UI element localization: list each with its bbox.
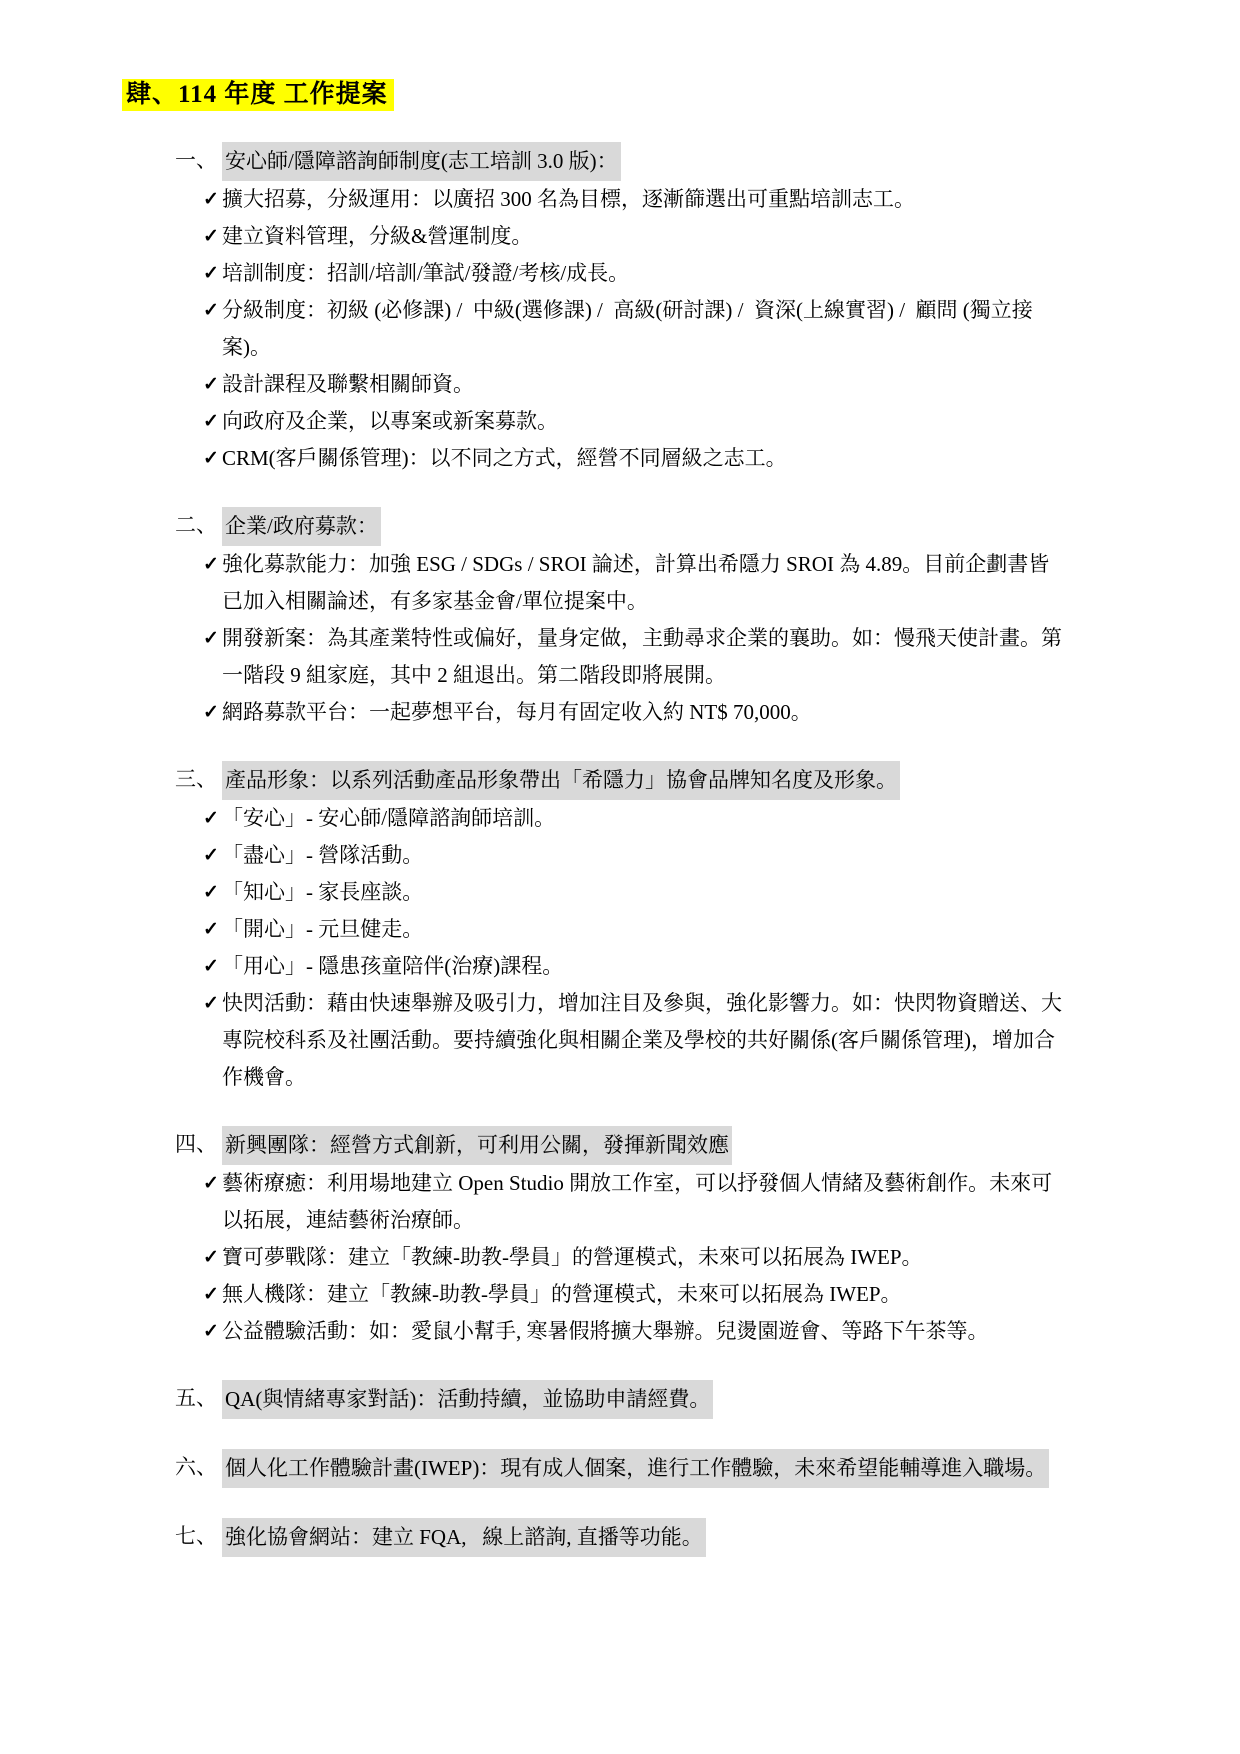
list-item-text: 網路募款平台：一起夢想平台，每月有固定收入約 NT$ 70,000。 <box>222 700 812 724</box>
section-4-header: 四、 新興團隊：經營方式創新，可利用公關，發揮新聞效應 <box>175 1126 1070 1165</box>
list-item: ✓CRM(客戶關係管理)：以不同之方式，經營不同層級之志工。 <box>175 440 1070 477</box>
checkmark-icon: ✓ <box>203 403 219 440</box>
section-title: 個人化工作體驗計畫(IWEP)：現有成人個案，進行工作體驗，未來希望能輔導進入職… <box>222 1449 1049 1488</box>
checkmark-icon: ✓ <box>203 985 219 1022</box>
list-item: ✓培訓制度：招訓/培訓/筆試/發證/考核/成長。 <box>175 255 1070 292</box>
list-item: ✓快閃活動：藉由快速舉辦及吸引力，增加注目及參與，強化影響力。如：快閃物資贈送、… <box>175 985 1070 1096</box>
list-item-text: 寶可夢戰隊：建立「教練-助教-學員」的營運模式，未來可以拓展為 IWEP。 <box>222 1245 923 1269</box>
checkmark-icon: ✓ <box>203 218 219 255</box>
checkmark-icon: ✓ <box>203 1313 219 1350</box>
checkmark-icon: ✓ <box>203 874 219 911</box>
checkmark-icon: ✓ <box>203 440 219 477</box>
section-5: 五、 QA(與情緒專家對話)：活動持續，並協助申請經費。 <box>175 1380 1070 1419</box>
list-item: ✓寶可夢戰隊：建立「教練-助教-學員」的營運模式，未來可以拓展為 IWEP。 <box>175 1239 1070 1276</box>
list-item: ✓無人機隊：建立「教練-助教-學員」的營運模式，未來可以拓展為 IWEP。 <box>175 1276 1070 1313</box>
checkmark-icon: ✓ <box>203 694 219 731</box>
section-title: QA(與情緒專家對話)：活動持續，並協助申請經費。 <box>222 1380 713 1419</box>
list-item: ✓設計課程及聯繫相關師資。 <box>175 366 1070 403</box>
list-item: ✓強化募款能力：加強 ESG / SDGs / SROI 論述，計算出希隱力 S… <box>175 546 1070 620</box>
checkmark-icon: ✓ <box>203 546 219 583</box>
list-item: ✓藝術療癒：利用場地建立 Open Studio 開放工作室，可以抒發個人情緒及… <box>175 1165 1070 1239</box>
section-title: 產品形象：以系列活動產品形象帶出「希隱力」協會品牌知名度及形象。 <box>222 761 900 800</box>
list-item-text: 建立資料管理，分級&營運制度。 <box>222 224 532 248</box>
list-item-text: 強化募款能力：加強 ESG / SDGs / SROI 論述，計算出希隱力 SR… <box>222 552 1049 613</box>
list-item-text: 培訓制度：招訓/培訓/筆試/發證/考核/成長。 <box>222 261 629 285</box>
section-7-header: 七、 強化協會網站：建立 FQA, 線上諮詢, 直播等功能。 <box>175 1518 1070 1557</box>
list-item: ✓公益體驗活動：如：愛鼠小幫手, 寒暑假將擴大舉辦。兒燙園遊會、等路下午茶等。 <box>175 1313 1070 1350</box>
list-item-text: 公益體驗活動：如：愛鼠小幫手, 寒暑假將擴大舉辦。兒燙園遊會、等路下午茶等。 <box>222 1319 989 1343</box>
section-3-header: 三、 產品形象：以系列活動產品形象帶出「希隱力」協會品牌知名度及形象。 <box>175 761 1070 800</box>
section-4: 四、 新興團隊：經營方式創新，可利用公關，發揮新聞效應 ✓藝術療癒：利用場地建立… <box>175 1126 1070 1350</box>
checkmark-icon: ✓ <box>203 1239 219 1276</box>
section-6: 六、 個人化工作體驗計畫(IWEP)：現有成人個案，進行工作體驗，未來希望能輔導… <box>175 1449 1070 1488</box>
checkmark-icon: ✓ <box>203 292 219 329</box>
section-number: 一、 <box>175 142 222 179</box>
checkmark-icon: ✓ <box>203 1276 219 1313</box>
section-1-items: ✓擴大招募，分級運用：以廣招 300 名為目標，逐漸篩選出可重點培訓志工。 ✓建… <box>175 181 1070 477</box>
list-item-text: 藝術療癒：利用場地建立 Open Studio 開放工作室，可以抒發個人情緒及藝… <box>222 1171 1052 1232</box>
section-title: 安心師/隱障諮詢師制度(志工培訓 3.0 版)： <box>222 142 621 181</box>
list-item: ✓開發新案：為其產業特性或偏好，量身定做，主動尋求企業的襄助。如：慢飛天使計畫。… <box>175 620 1070 694</box>
checkmark-icon: ✓ <box>203 800 219 837</box>
section-1-header: 一、 安心師/隱障諮詢師制度(志工培訓 3.0 版)： <box>175 142 1070 181</box>
checkmark-icon: ✓ <box>203 837 219 874</box>
list-item-text: 「用心」- 隱患孩童陪伴(治療)課程。 <box>222 954 563 978</box>
list-item-text: 快閃活動：藉由快速舉辦及吸引力，增加注目及參與，強化影響力。如：快閃物資贈送、大… <box>222 991 1062 1089</box>
checkmark-icon: ✓ <box>203 181 219 218</box>
section-number: 七、 <box>175 1518 222 1555</box>
document-page: 肆、114 年度 工作提案 一、 安心師/隱障諮詢師制度(志工培訓 3.0 版)… <box>0 0 1240 1754</box>
checkmark-icon: ✓ <box>203 366 219 403</box>
page-title: 肆、114 年度 工作提案 <box>122 78 1070 112</box>
section-3-items: ✓「安心」- 安心師/隱障諮詢師培訓。 ✓「盡心」- 營隊活動。 ✓「知心」- … <box>175 800 1070 1096</box>
section-4-items: ✓藝術療癒：利用場地建立 Open Studio 開放工作室，可以抒發個人情緒及… <box>175 1165 1070 1350</box>
list-item: ✓建立資料管理，分級&營運制度。 <box>175 218 1070 255</box>
list-item-text: 「盡心」- 營隊活動。 <box>222 843 423 867</box>
section-number: 五、 <box>175 1380 222 1417</box>
list-item: ✓分級制度：初級 (必修課) / 中級(選修課) / 高級(研討課) / 資深(… <box>175 292 1070 366</box>
list-item-text: 開發新案：為其產業特性或偏好，量身定做，主動尋求企業的襄助。如：慢飛天使計畫。第… <box>222 626 1062 687</box>
list-item-text: 「開心」- 元旦健走。 <box>222 917 423 941</box>
section-6-header: 六、 個人化工作體驗計畫(IWEP)：現有成人個案，進行工作體驗，未來希望能輔導… <box>175 1449 1070 1488</box>
list-item-text: 向政府及企業，以專案或新案募款。 <box>222 409 558 433</box>
list-item-text: CRM(客戶關係管理)：以不同之方式，經營不同層級之志工。 <box>222 446 787 470</box>
section-5-header: 五、 QA(與情緒專家對話)：活動持續，並協助申請經費。 <box>175 1380 1070 1419</box>
section-number: 三、 <box>175 761 222 798</box>
list-item-text: 「知心」- 家長座談。 <box>222 880 423 904</box>
checkmark-icon: ✓ <box>203 620 219 657</box>
list-item-text: 「安心」- 安心師/隱障諮詢師培訓。 <box>222 806 555 830</box>
list-item: ✓網路募款平台：一起夢想平台，每月有固定收入約 NT$ 70,000。 <box>175 694 1070 731</box>
section-number: 六、 <box>175 1449 222 1486</box>
list-item: ✓「開心」- 元旦健走。 <box>175 911 1070 948</box>
list-item-text: 分級制度：初級 (必修課) / 中級(選修課) / 高級(研討課) / 資深(上… <box>222 298 1033 359</box>
section-title: 企業/政府募款： <box>222 507 381 546</box>
page-title-text: 肆、114 年度 工作提案 <box>122 79 394 111</box>
list-item: ✓向政府及企業，以專案或新案募款。 <box>175 403 1070 440</box>
checkmark-icon: ✓ <box>203 255 219 292</box>
section-title: 新興團隊：經營方式創新，可利用公關，發揮新聞效應 <box>222 1126 732 1165</box>
list-item: ✓「盡心」- 營隊活動。 <box>175 837 1070 874</box>
section-2: 二、 企業/政府募款： ✓強化募款能力：加強 ESG / SDGs / SROI… <box>175 507 1070 731</box>
list-item-text: 擴大招募，分級運用：以廣招 300 名為目標，逐漸篩選出可重點培訓志工。 <box>222 187 915 211</box>
checkmark-icon: ✓ <box>203 1165 219 1202</box>
list-item: ✓擴大招募，分級運用：以廣招 300 名為目標，逐漸篩選出可重點培訓志工。 <box>175 181 1070 218</box>
section-7: 七、 強化協會網站：建立 FQA, 線上諮詢, 直播等功能。 <box>175 1518 1070 1557</box>
section-2-header: 二、 企業/政府募款： <box>175 507 1070 546</box>
list-item: ✓「用心」- 隱患孩童陪伴(治療)課程。 <box>175 948 1070 985</box>
checkmark-icon: ✓ <box>203 911 219 948</box>
section-title: 強化協會網站：建立 FQA, 線上諮詢, 直播等功能。 <box>222 1518 706 1557</box>
section-1: 一、 安心師/隱障諮詢師制度(志工培訓 3.0 版)： ✓擴大招募，分級運用：以… <box>175 142 1070 477</box>
checkmark-icon: ✓ <box>203 948 219 985</box>
list-item: ✓「安心」- 安心師/隱障諮詢師培訓。 <box>175 800 1070 837</box>
list-item-text: 設計課程及聯繫相關師資。 <box>222 372 474 396</box>
section-number: 二、 <box>175 507 222 544</box>
section-number: 四、 <box>175 1126 222 1163</box>
list-item-text: 無人機隊：建立「教練-助教-學員」的營運模式，未來可以拓展為 IWEP。 <box>222 1282 902 1306</box>
section-2-items: ✓強化募款能力：加強 ESG / SDGs / SROI 論述，計算出希隱力 S… <box>175 546 1070 731</box>
list-item: ✓「知心」- 家長座談。 <box>175 874 1070 911</box>
section-3: 三、 產品形象：以系列活動產品形象帶出「希隱力」協會品牌知名度及形象。 ✓「安心… <box>175 761 1070 1096</box>
